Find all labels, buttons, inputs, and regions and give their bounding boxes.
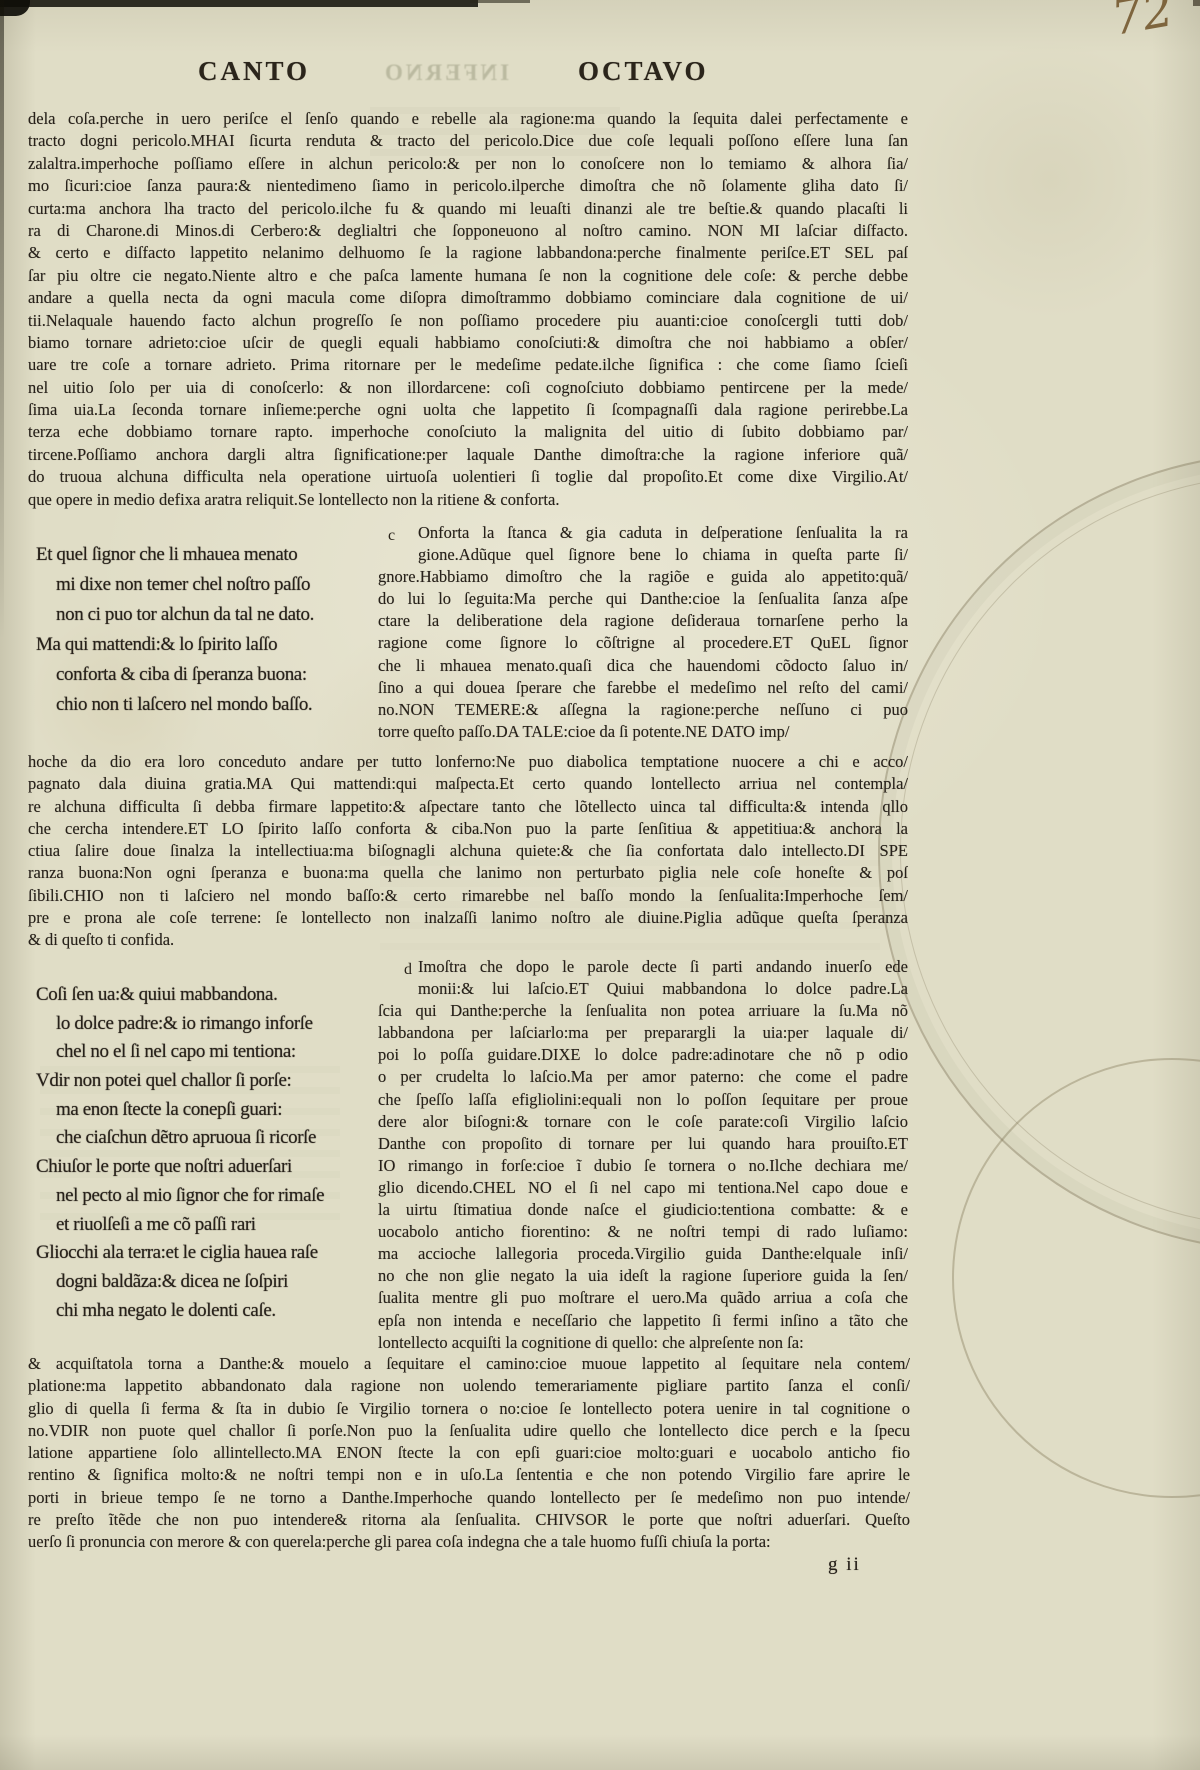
verse-line: nel pecto al mio ſignor che for rimaſe [36, 1182, 372, 1211]
text-line: gione.Adũque quel ſignore bene lo chiama… [378, 544, 908, 566]
scan-edge-top [0, 0, 478, 7]
text-line: & di queſto ti confida. [28, 929, 908, 951]
verse-line: Vdir non potei quel challor ſi porſe: [36, 1067, 372, 1096]
text-line: zalaltra.imperhoche poſſiamo eſſere in a… [28, 153, 908, 175]
running-title-canto: CANTO [198, 56, 310, 87]
verse-line: lo dolce padre:& io rimango inforſe [36, 1010, 372, 1039]
text-line: ſino a qui douea ſperare che farebbe el … [378, 677, 908, 699]
scan-nick-topright [1193, 0, 1200, 6]
scan-corner-topleft [0, 0, 30, 16]
text-line: ſcia qui Danthe:perche la ſenſualita non… [378, 1000, 908, 1022]
running-title-octavo: OCTAVO [578, 56, 708, 87]
verse-line: non ci puo tor alchun da tal ne dato. [36, 600, 370, 630]
blindstamp-ring-inner [900, 475, 1200, 1227]
scanned-page: CANTO OCTAVO INFERNO 72 dela coſa.perche… [0, 0, 1200, 1770]
verse-line: Gliocchi ala terra:et le ciglia hauea ra… [36, 1239, 372, 1268]
text-line: IO rimango in forſe:cioe ĩ dubio ſe torn… [378, 1155, 908, 1177]
text-line: ctare la deliberatione dela ragione deſi… [378, 610, 908, 632]
text-line: ctiua ſalire doue ſinalza la intellectiu… [28, 840, 908, 862]
text-line: rentino & ſignifica molto:& ne noſtri te… [28, 1464, 910, 1486]
text-line: uocabolo anticho fiorentino: & ne noſtri… [378, 1221, 908, 1243]
text-line: ſibili.CHIO non ti laſciero nel mondo ba… [28, 885, 908, 907]
text-line: mo ſicuri:cioe ſanza paura:& nientedimen… [28, 175, 908, 197]
text-line: no che non glie negato la uia ideſt la r… [378, 1265, 908, 1287]
scan-edge-top-fade [470, 0, 530, 3]
text-line: ſar piu oltre cie negato.Niente altro e … [28, 265, 908, 287]
text-line: ranza buona:Non ogni ſperanza e buona:ma… [28, 862, 908, 884]
verse-line: che ciaſchun dẽtro apruoua ſi ricorſe [36, 1124, 372, 1153]
gloss-conforta-block: Onforta la ſtanca & gia caduta in deſper… [378, 522, 908, 743]
verse-line: conforta & ciba di ſperanza buona: [36, 660, 370, 690]
text-line: & acquiſtatola torna a Danthe:& mouelo a… [28, 1353, 910, 1375]
text-line: latione appartiene ſolo allintellecto.MA… [28, 1442, 910, 1464]
text-line: Danthe con propoſito di tornare per lui … [378, 1133, 908, 1155]
text-line: hoche da dio era loro conceduto andare p… [28, 751, 908, 773]
text-line: ſima uia.La ſeconda tornare inſieme:perc… [28, 399, 908, 421]
text-line: curta:ma anchora lha tracto del pericolo… [28, 198, 908, 220]
text-line: torre queſto paſſo.DA TALE:cioe da ſi po… [378, 721, 908, 743]
blindstamp-ring-small [952, 1058, 1200, 1498]
text-line: ragione come ſignore lo cõſtrigne al pro… [378, 632, 908, 654]
text-line: tircene.Poſſiamo anchora dargli altra ſi… [28, 444, 908, 466]
verse-line: ma enon ſtecte la conepſi guari: [36, 1096, 372, 1125]
text-line: dela coſa.perche in uero periſce el ſenſ… [28, 108, 908, 130]
text-line: uerſo ſi pronuncia con merore & con quer… [28, 1531, 910, 1553]
text-line: ma accioche lallegoria proceda.Virgilio … [378, 1243, 908, 1265]
text-line: o per crudelta lo laſcio.Ma per amor pat… [378, 1066, 908, 1088]
showthrough-inferno-text: INFERNO [382, 60, 509, 86]
text-line: pre e prona ale coſe terrene: ſe lontell… [28, 907, 908, 929]
text-line: nel uitio ſolo per uia di conoſcerlo: & … [28, 377, 908, 399]
text-line: do lui lo ſeguita:Ma perche qui Danthe:c… [378, 588, 908, 610]
terzina-block-1: Et quel ſignor che li mhauea menatomi di… [36, 540, 370, 720]
text-line: glio dicendo.CHEL NO el ſi nel capo mi t… [378, 1177, 908, 1199]
text-line: ra di Charone.di Minos.di Cerbero:& degl… [28, 220, 908, 242]
text-line: che ſpeſſo laſſa efigliolini:equali non … [378, 1089, 908, 1111]
text-line: tracto dogni pericolo.MHAI ſicurta rendu… [28, 130, 908, 152]
text-line: Imoſtra che dopo le parole decte ſi part… [378, 956, 908, 978]
text-line: & certo e diſfacto lappetito nelanimo de… [28, 242, 908, 264]
text-line: che li mhauea menato.quaſi dica che haue… [378, 655, 908, 677]
text-line: ſualita mentre gli puo moſtrare el uero.… [378, 1287, 908, 1309]
verse-line: chio non ti laſcero nel mondo baſſo. [36, 690, 370, 720]
terzina-block-2: Coſi ſen ua:& quiui mabbandona.lo dolce … [36, 981, 372, 1325]
text-line: re alchuna difficulta ſi debba firmare l… [28, 796, 908, 818]
gloss-dimostra-block: Imoſtra che dopo le parole decte ſi part… [378, 956, 908, 1354]
text-line: terza eche dobbiamo tornare rapto. imper… [28, 421, 908, 443]
text-line: epſa non intenda e neceſſario che lappet… [378, 1310, 908, 1332]
text-line: biamo tornare adrieto:cioe uſcir de queg… [28, 332, 908, 354]
blindstamp-ring-large [878, 453, 1200, 1251]
verse-line: et riuolſeſi a me cõ paſſi rari [36, 1211, 372, 1240]
text-line: do truoua alchuna difficulta nela operat… [28, 466, 908, 488]
quire-signature: g ii [828, 1554, 861, 1576]
text-line: lontellecto acquiſti la cognitione di qu… [378, 1332, 908, 1354]
text-line: tii.Nelaquale hauendo facto alchun progr… [28, 310, 908, 332]
verse-line: mi dixe non temer chel noſtro paſſo [36, 570, 370, 600]
text-line: andare a quella necta da ogni macula com… [28, 287, 908, 309]
verse-line: Chiuſor le porte que noſtri aduerſari [36, 1153, 372, 1182]
text-line: platione:ma lappetito abbandonato dala r… [28, 1375, 910, 1397]
text-line: glio di quella ſi ferma & ſta in dubio ſ… [28, 1398, 910, 1420]
text-line: monii:& lui laſcio.ET Quiui mabbandona l… [378, 978, 908, 1000]
commentary-bottom-block: & acquiſtatola torna a Danthe:& mouelo a… [28, 1353, 910, 1554]
scan-edge-left [0, 0, 4, 640]
text-line: poi lo poſſa guidare.DIXE lo dolce padre… [378, 1044, 908, 1066]
text-line: que opere in medio defixa aratra reliqui… [28, 489, 908, 511]
text-line: re preſto ĩtẽde che non puo intendere& r… [28, 1509, 910, 1531]
verse-line: Coſi ſen ua:& quiui mabbandona. [36, 981, 372, 1010]
text-line: gnore.Habbiamo dimoſtro che la ragiõe e … [378, 566, 908, 588]
commentary-intro-block: dela coſa.perche in uero periſce el ſenſ… [28, 108, 908, 511]
text-line: porti in brieue tempo ſe ne torno a Dant… [28, 1487, 910, 1509]
verse-line: chi mha negato le dolenti caſe. [36, 1297, 372, 1326]
text-line: labbandona per laſciarlo:ma per preparar… [378, 1022, 908, 1044]
verse-line: Et quel ſignor che li mhauea menato [36, 540, 370, 570]
verse-line: Ma qui mattendi:& lo ſpirito laſſo [36, 630, 370, 660]
text-line: la uirtu ſtimatiua donde naſce el giudic… [378, 1199, 908, 1221]
verse-line: dogni baldãza:& dicea ne ſoſpiri [36, 1268, 372, 1297]
handwritten-folio-number: 72 [1108, 0, 1178, 47]
text-line: dere alor biſogni:& tornare con le coſe … [378, 1111, 908, 1133]
verse-line: chel no el ſi nel capo mi tentiona: [36, 1038, 372, 1067]
text-line: Onforta la ſtanca & gia caduta in deſper… [378, 522, 908, 544]
text-line: no.NON TEMERE:& aſſegna la ragione:perch… [378, 699, 908, 721]
text-line: no.VDIR non puote quel challor ſi porſe.… [28, 1420, 910, 1442]
text-line: uare tre coſe a tornare adrieto. Prima r… [28, 354, 908, 376]
commentary-middle-block: hoche da dio era loro conceduto andare p… [28, 751, 908, 952]
text-line: pagnato dala diuina gratia.MA Qui matten… [28, 773, 908, 795]
text-line: che cercha intendere.ET LO ſpirito laſſo… [28, 818, 908, 840]
